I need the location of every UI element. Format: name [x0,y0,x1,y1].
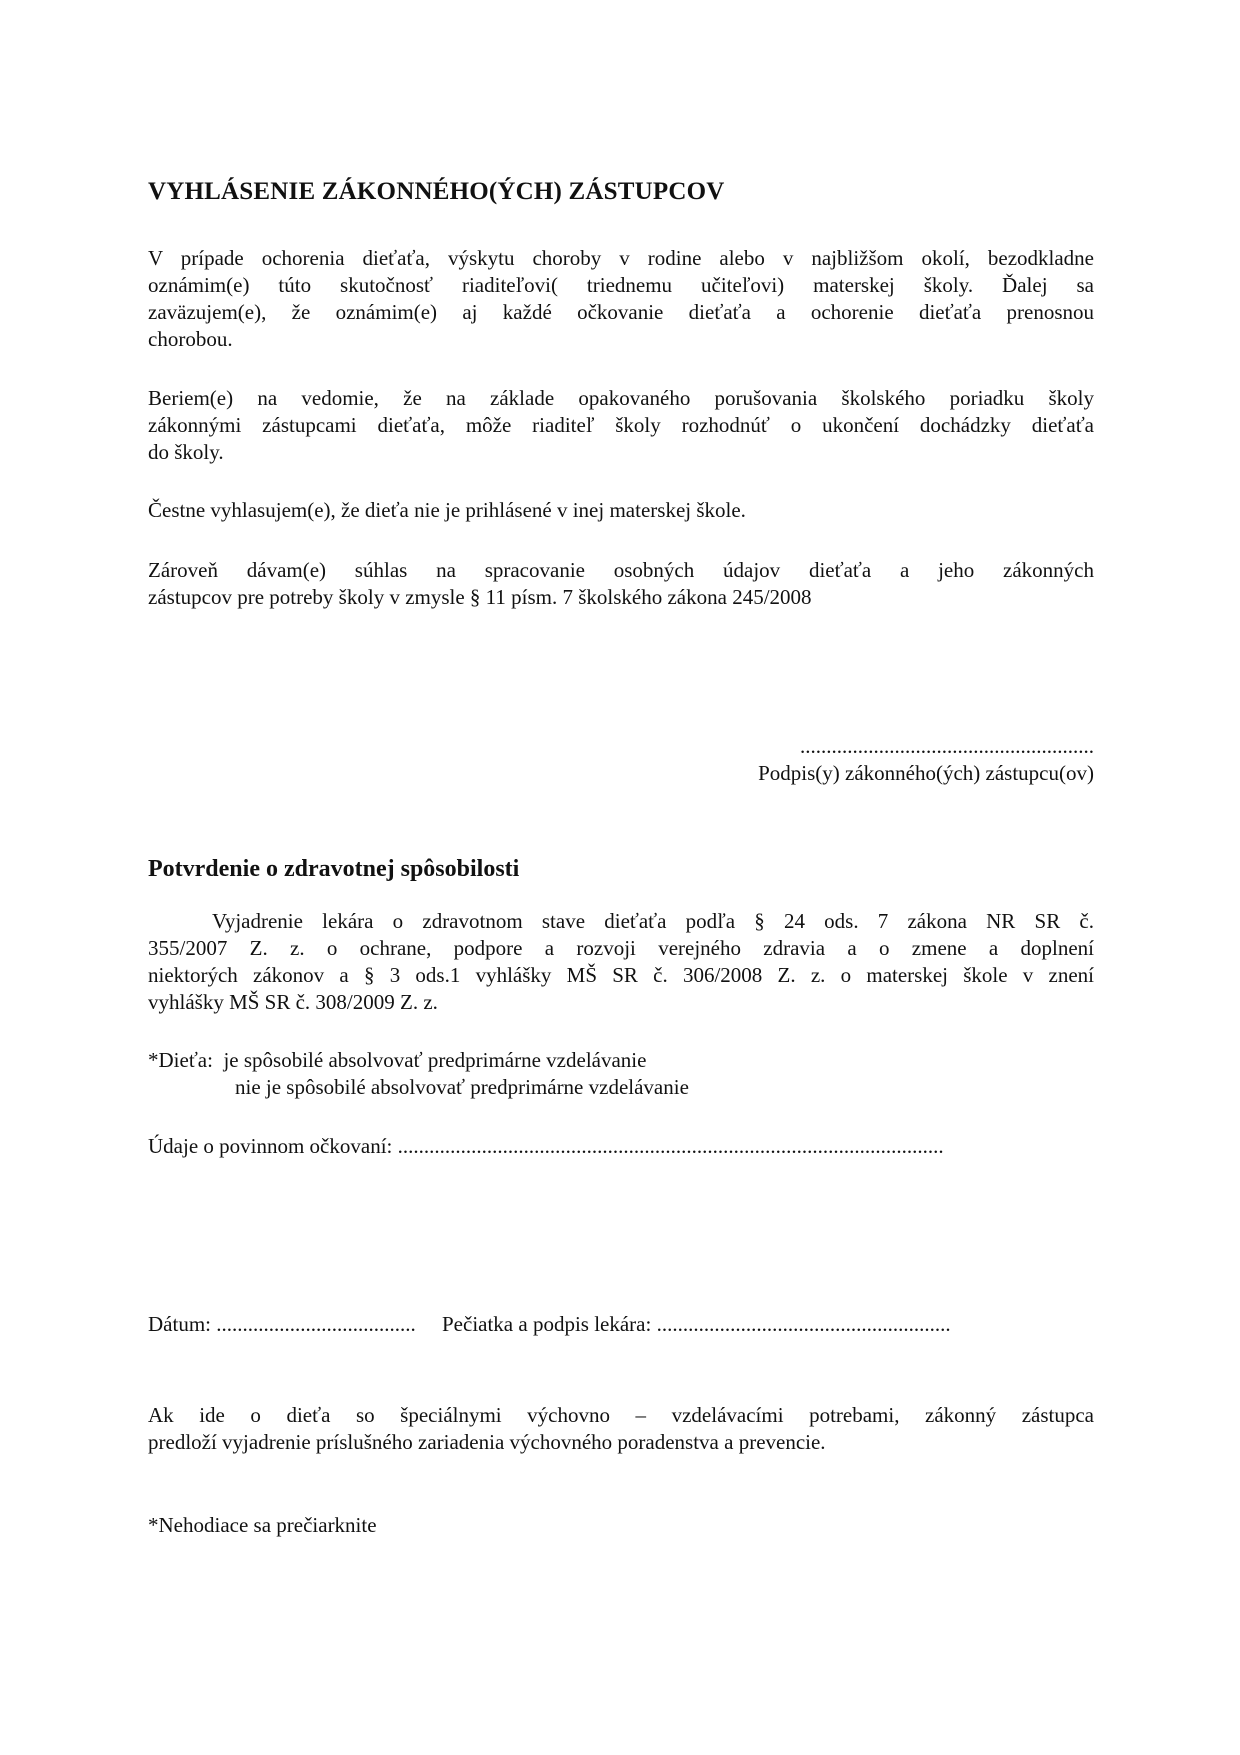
fitness-option-unfit[interactable]: nie je spôsobilé absolvovať predprimárne… [148,1074,1094,1101]
signature-line[interactable]: ........................................… [758,733,1094,760]
text-line: niektorých zákonov a § 3 ods.1 vyhlášky … [148,962,1094,989]
text-line: zákonnými zástupcami dieťaťa, môže riadi… [148,412,1094,439]
text-line: Beriem(e) na vedomie, že na základe opak… [148,385,1094,412]
health-section-title: Potvrdenie o zdravotnej spôsobilosti [148,856,519,883]
text-line: Čestne vyhlasujem(e), že dieťa nie je pr… [148,497,1094,524]
date-input-line[interactable]: ...................................... [216,1312,416,1336]
text-line: chorobou. [148,326,1094,353]
special-needs-note: Ak ide o dieťa so špeciálnymi výchovno –… [148,1402,1094,1456]
paragraph-declaration: Čestne vyhlasujem(e), že dieťa nie je pr… [148,497,1094,524]
doctor-signature-label: Pečiatka a podpis lekára: [442,1312,651,1336]
paragraph-illness-notice: V prípade ochorenia dieťaťa, výskytu cho… [148,245,1094,353]
text-line: Ak ide o dieťa so špeciálnymi výchovno –… [148,1402,1094,1429]
date-stamp-row: Dátum: .................................… [148,1311,1094,1338]
child-label: *Dieťa: [148,1048,213,1072]
vaccination-label: Údaje o povinnom očkovaní: [148,1134,392,1158]
text-line: zaväzujem(e), že oznámim(e) aj každé očk… [148,299,1094,326]
paragraph-gdpr-consent: Zároveň dávam(e) súhlas na spracovanie o… [148,557,1094,611]
option-text: je spôsobilé absolvovať predprimárne vzd… [223,1048,646,1072]
footnote: *Nehodiace sa prečiarknite [148,1512,1094,1539]
fitness-option-fit[interactable]: *Dieťa: je spôsobilé absolvovať predprim… [148,1047,1094,1074]
text-line: V prípade ochorenia dieťaťa, výskytu cho… [148,245,1094,272]
vaccination-input-line[interactable]: ........................................… [398,1134,944,1158]
child-fitness-options: *Dieťa: je spôsobilé absolvovať predprim… [148,1047,1094,1101]
date-label: Dátum: [148,1312,211,1336]
text-line: oznámim(e) túto skutočnosť riaditeľovi( … [148,272,1094,299]
option-text: nie je spôsobilé absolvovať predprimárne… [235,1075,689,1099]
text-line: Vyjadrenie lekára o zdravotnom stave die… [148,908,1094,935]
text-line: 355/2007 Z. z. o ochrane, podpore a rozv… [148,935,1094,962]
text-line: zástupcov pre potreby školy v zmysle § 1… [148,584,1094,611]
guardian-signature-block: ........................................… [758,733,1094,787]
paragraph-school-rules: Beriem(e) na vedomie, že na základe opak… [148,385,1094,466]
text-line: vyhlášky MŠ SR č. 308/2009 Z. z. [148,989,1094,1016]
text-line: Zároveň dávam(e) súhlas na spracovanie o… [148,557,1094,584]
page-title: VYHLÁSENIE ZÁKONNÉHO(ÝCH) ZÁSTUPCOV [148,178,725,206]
text-line: predloží vyjadrenie príslušného zariaden… [148,1429,1094,1456]
text-line: do školy. [148,439,1094,466]
doctor-signature-line[interactable]: ........................................… [657,1312,951,1336]
signature-label: Podpis(y) zákonného(ých) zástupcu(ov) [758,760,1094,787]
vaccination-field: Údaje o povinnom očkovaní: .............… [148,1133,1094,1160]
doctor-statement: Vyjadrenie lekára o zdravotnom stave die… [148,908,1094,1016]
